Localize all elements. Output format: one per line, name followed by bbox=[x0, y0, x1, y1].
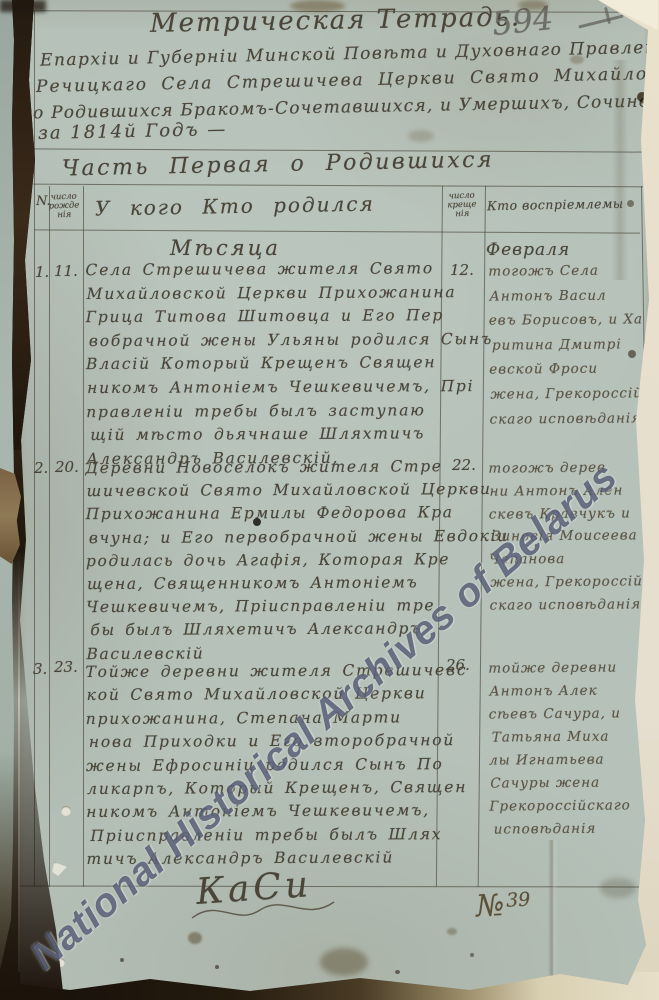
entry-baptism-date: 22. bbox=[452, 456, 476, 474]
table-rule bbox=[34, 229, 640, 233]
binding-top-smudge bbox=[0, 0, 46, 12]
column-header-birth-date: число рожде нія bbox=[47, 192, 82, 220]
entry-count: №39 bbox=[475, 887, 529, 925]
header-line-4: за 1814й Годъ — bbox=[38, 119, 228, 144]
clerk-signature: КаСи bbox=[195, 864, 314, 913]
entry-row-number: 1. bbox=[35, 263, 49, 281]
table-rule bbox=[20, 885, 642, 887]
entry-baptism-date: 26. bbox=[446, 656, 470, 674]
archival-scan: Метрическая Тетрадь. 594 Епархіи и Губер… bbox=[0, 0, 659, 1000]
entry-row-number: 3. bbox=[33, 660, 47, 678]
entry-text: Тойже деревни жителя Стрешичевс кой Свят… bbox=[85, 659, 468, 872]
paper-stain bbox=[215, 965, 219, 969]
paper-stain bbox=[600, 878, 636, 898]
entry-baptism-date: 12. bbox=[450, 261, 474, 279]
column-header-godparents: Кто воспріемлемы bbox=[487, 196, 624, 213]
table-rule bbox=[49, 186, 50, 887]
entry-godparents: тогожъ Села Антонъ Васил евъ Борисовъ, и… bbox=[488, 258, 644, 431]
paper-stain bbox=[627, 200, 634, 207]
paper-stain bbox=[120, 958, 124, 962]
pencil-cross-mark bbox=[578, 14, 623, 28]
table-rule bbox=[33, 184, 643, 188]
paper-crease bbox=[548, 840, 558, 998]
paper-stain bbox=[395, 970, 400, 974]
paper-hole bbox=[52, 862, 67, 876]
month-label-right: Февраля bbox=[486, 240, 570, 260]
paper-hole bbox=[61, 806, 71, 816]
table-rule bbox=[83, 186, 84, 887]
pencil-folio-number: 594 bbox=[490, 0, 555, 43]
entry-godparents: тойже деревни Антонъ Алек сѣевъ Сачура, … bbox=[488, 656, 631, 841]
month-label-left: Мѣсяца bbox=[170, 236, 281, 260]
entry-birth-date: 11. bbox=[54, 262, 78, 280]
paper-stain bbox=[188, 932, 202, 944]
entry-text: Села Стрешичева жителя Свято Михайловско… bbox=[85, 257, 493, 471]
paper-stain bbox=[447, 928, 457, 935]
entry-birth-date: 23. bbox=[54, 658, 78, 676]
entry-count-number: 39 bbox=[506, 889, 531, 912]
document-title: Метрическая Тетрадь. bbox=[150, 3, 480, 39]
column-header-who-born: У кого Кто родился bbox=[95, 192, 375, 221]
entry-godparents: тогожъ дерев ни Антонъ Ален скевъ Кравчу… bbox=[488, 456, 643, 617]
entry-birth-date: 20. bbox=[55, 458, 79, 476]
manuscript-page: Метрическая Тетрадь. 594 Епархіи и Губер… bbox=[0, 0, 659, 1000]
entry-row-number: 2. bbox=[34, 459, 48, 477]
header-line-3: о Родившихся Бракомъ-Сочетавшихся, и Уме… bbox=[33, 91, 659, 124]
margin-rule bbox=[34, 11, 35, 887]
paper-stain bbox=[470, 953, 474, 957]
paper-stain bbox=[408, 130, 434, 142]
section-title: Часть Первая о Родившихся bbox=[62, 147, 494, 181]
entry-text: Деревни Новоселокъ жителя Стре шичевской… bbox=[85, 455, 509, 666]
column-header-baptism-date: число креще нія bbox=[443, 191, 482, 219]
numero-sign: № bbox=[475, 888, 505, 924]
paper-stain bbox=[320, 948, 368, 976]
